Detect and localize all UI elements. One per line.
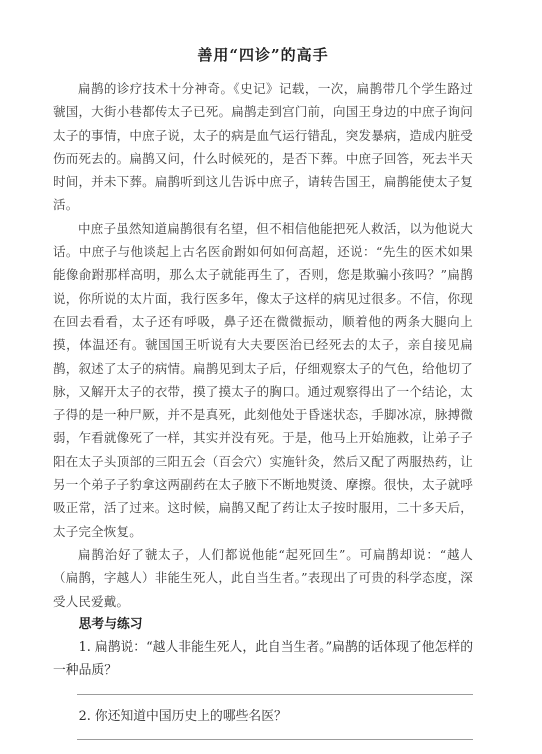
paragraph-conclusion: 扁鹊治好了虢太子，人们都说他能“起死回生”。可扁鹊却说：“越人（扁鹊，字越人）非…	[53, 543, 473, 613]
exercise-heading: 思考与练习	[53, 613, 473, 636]
page-title: 善用“四诊”的高手	[53, 44, 473, 66]
answer-line-2	[77, 739, 473, 740]
paragraph-intro: 扁鹊的诊疗技术十分神奇。《史记》记载，一次，扁鹊带几个学生路过虢国，大街小巷都传…	[53, 77, 473, 217]
question-1: 1. 扁鹊说：“越人非能生死人，此自当生者。”扁鹊的话体现了他怎样的一种品质？	[53, 636, 473, 683]
question-2: 2. 你还知道中国历史上的哪些名医？	[53, 705, 473, 728]
paragraph-diagnosis-story: 中庶子虽然知道扁鹊很有名望，但不相信他能把死人救活，以为他说大话。中庶子与他谈起…	[53, 217, 473, 543]
answer-line-1	[77, 694, 473, 695]
document-page: 善用“四诊”的高手 扁鹊的诊疗技术十分神奇。《史记》记载，一次，扁鹊带几个学生路…	[0, 0, 542, 754]
text-block: 善用“四诊”的高手 扁鹊的诊疗技术十分神奇。《史记》记载，一次，扁鹊带几个学生路…	[53, 44, 473, 750]
